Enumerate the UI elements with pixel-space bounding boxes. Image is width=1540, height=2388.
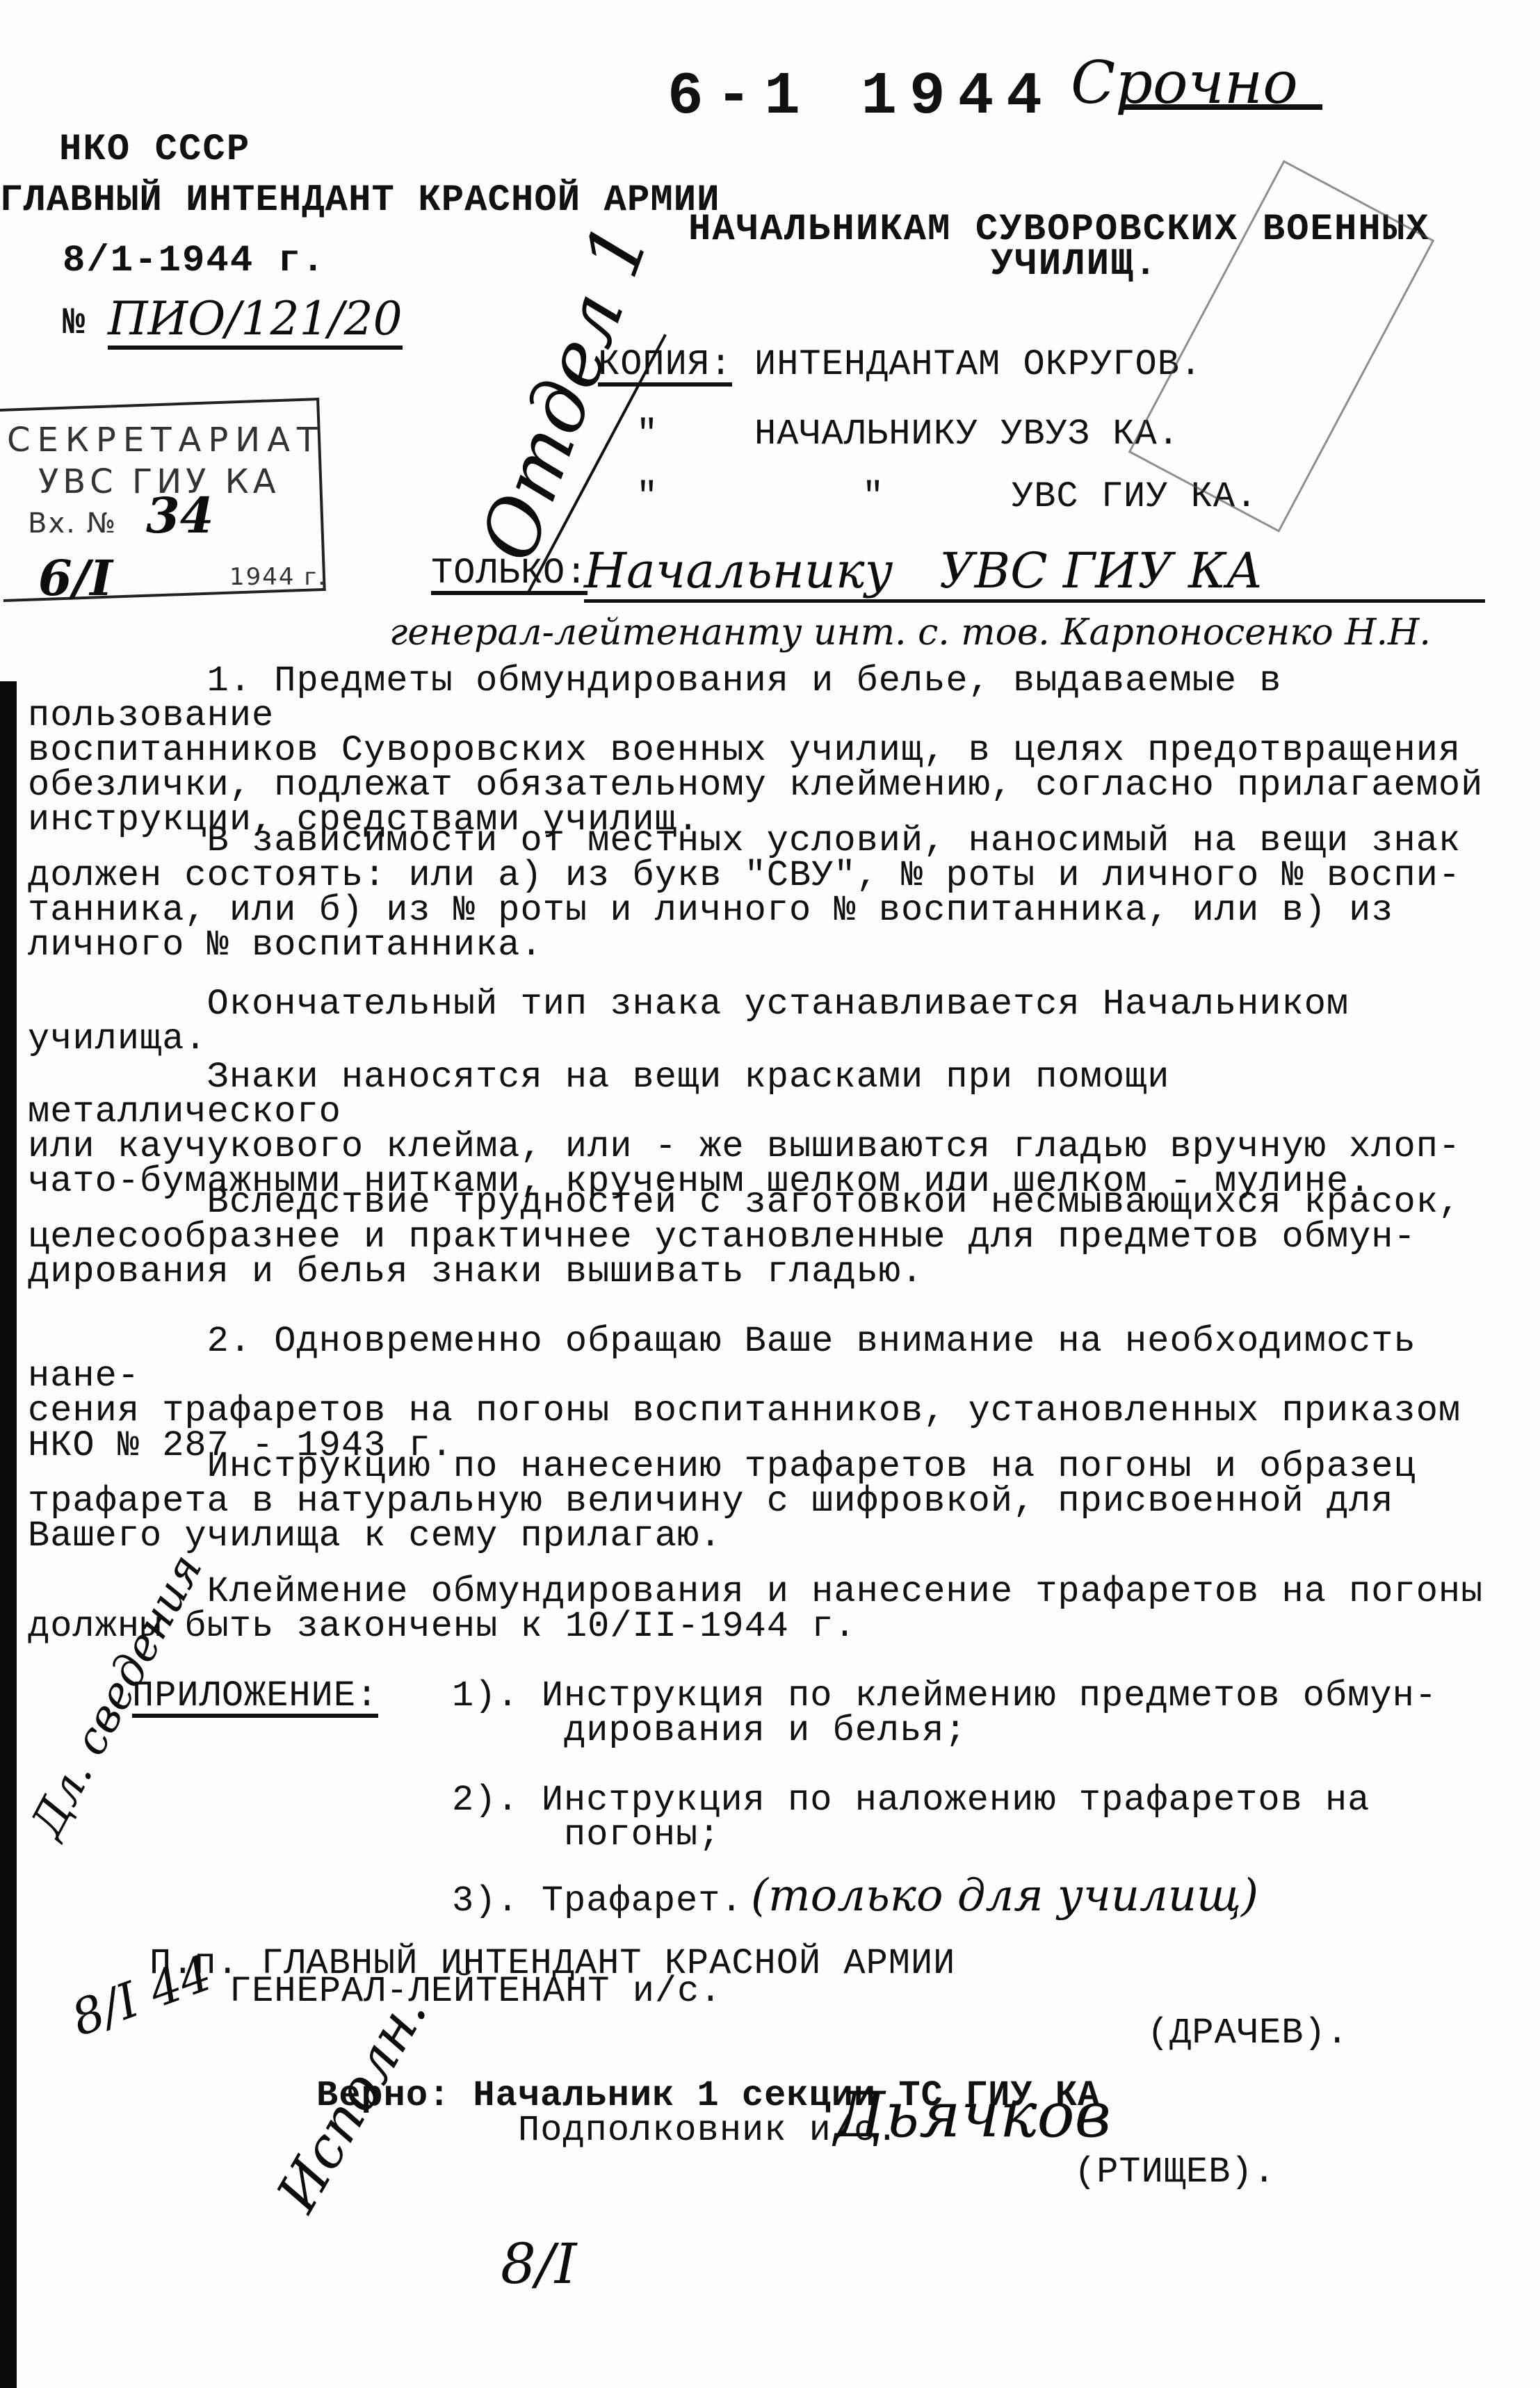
doc-date: 8/1-1944 г.	[63, 240, 325, 282]
stamp-in-number: 34	[146, 487, 213, 544]
stamp-in-year: 1944 г.	[229, 563, 327, 591]
date-stamp: 6-1 1944	[667, 63, 1055, 131]
attachment-item-2: 2). Инструкция по наложению трафаретов н…	[452, 1783, 1370, 1853]
stamp-in-date: 6/I	[38, 549, 113, 607]
paragraph-4: Знаки наносятся на вещи красками при пом…	[28, 1060, 1502, 1199]
attachments-label: ПРИЛОЖЕНИЕ:	[132, 1679, 378, 1718]
doc-number: ПИО/121/20	[108, 292, 403, 350]
paragraph-7: Инструкцию по нанесению трафаретов на по…	[28, 1449, 1502, 1554]
attachment-item-1: 1). Инструкция по клеймению предметов об…	[452, 1679, 1437, 1748]
stamp-line-1: СЕКРЕТАРИАТ	[7, 421, 324, 460]
attachment-item-3: 3). Трафарет.	[452, 1884, 743, 1919]
paragraph-2: В зависимости от местных условий, наноси…	[28, 824, 1502, 963]
stamp-in-label: Вх. №	[28, 507, 117, 539]
only-handwritten-addressee: Начальнику УВС ГИУ КА	[584, 542, 1485, 603]
paragraph-8: Клеймение обмундирования и нанесение тра…	[28, 1575, 1502, 1644]
verifier-signature: Дьячков	[834, 2079, 1111, 2152]
scan-edge-shadow	[0, 681, 17, 2388]
copy-item-1: ИНТЕНДАНТАМ ОКРУГОВ.	[754, 348, 1202, 382]
scanned-document: 6-1 1944 Срочно НКО СССР ГЛАВНЫЙ ИНТЕНДА…	[0, 0, 1540, 2388]
signature-pp-line-2: ГЕНЕРАЛ-ЛЕЙТЕНАНТ и/с.	[229, 1974, 722, 2009]
bottom-exec-date: 8/I	[501, 2232, 576, 2296]
only-label: ТОЛЬКО:	[431, 556, 587, 595]
addressee-line-2: УЧИЛИЩ.	[991, 243, 1158, 286]
paragraph-3: Окончательный тип знака устанавливается …	[28, 987, 1502, 1057]
org-line-1: НКО СССР	[59, 129, 250, 171]
signer-name: (ДРАЧЕВ).	[1147, 2016, 1349, 2051]
paragraph-6: 2. Одновременно обращаю Ваше внимание на…	[28, 1324, 1502, 1463]
ditto-mark: "	[636, 417, 658, 452]
doc-number-prefix: №	[63, 302, 86, 345]
paragraph-1: 1. Предметы обмундирования и белье, выда…	[28, 664, 1502, 838]
urgent-underline	[1121, 104, 1322, 110]
attachment-handwritten-note: (только для училищ)	[751, 1870, 1258, 1922]
left-margin-date: 8/I 44	[64, 1944, 219, 2047]
paragraph-5: Вследствие трудностей с заготовкой несмы…	[28, 1185, 1502, 1290]
handwritten-addressee-note: генерал-лейтенанту инт. с. тов. Карпонос…	[389, 612, 1431, 653]
ditto-mark: "	[636, 480, 658, 514]
org-line-2: ГЛАВНЫЙ ИНТЕНДАНТ КРАСНОЙ АРМИИ	[0, 179, 720, 222]
ditto-mark: "	[862, 480, 884, 514]
copy-item-2: НАЧАЛЬНИКУ УВУЗ КА.	[754, 417, 1180, 452]
verifier-name: (РТИЩЕВ).	[1074, 2155, 1276, 2190]
